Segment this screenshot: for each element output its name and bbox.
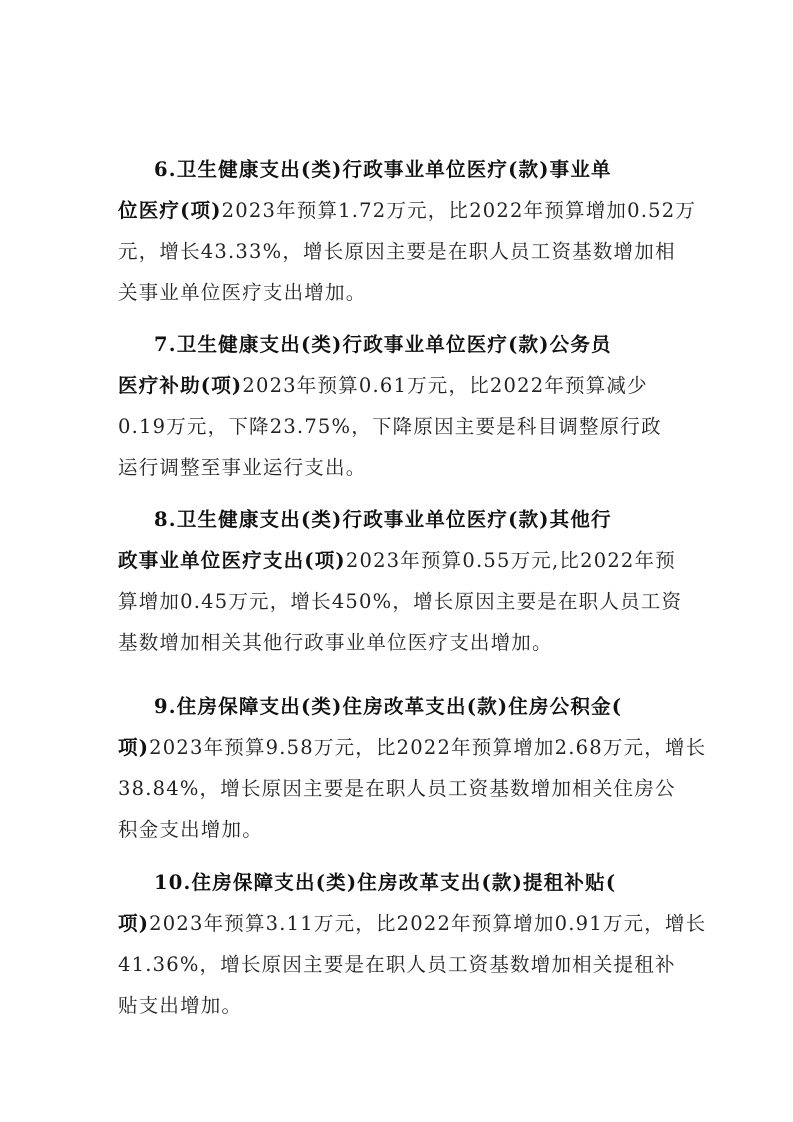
paragraph-text: 38.84%，增长原因主要是在职人员工资基数增加相关住房公 [118, 777, 676, 800]
document-page: 6.卫生健康支出(类)行政事业单位医疗(款)事业单 位医疗(项)2023年预算1… [0, 0, 793, 1122]
paragraph-heading: 8.卫生健康支出(类)行政事业单位医疗(款)其他行 [154, 508, 612, 531]
paragraph-line: 算增加0.45万元，增长450%，增长原因主要是在职人员工资 [118, 587, 682, 617]
paragraph-line: 9.住房保障支出(类)住房改革支出(款)住房公积金( [154, 692, 622, 722]
paragraph-text: 运行调整至事业运行支出。 [118, 456, 366, 479]
paragraph-text: 算增加0.45万元，增长450%，增长原因主要是在职人员工资 [118, 590, 682, 613]
paragraph-line: 基数增加相关其他行政事业单位医疗支出增加。 [118, 628, 553, 658]
paragraph-line: 政事业单位医疗支出(项)2023年预算0.55万元,比2022年预 [118, 546, 676, 576]
paragraph-text: 2023年预算9.58万元，比2022年预算增加2.68万元，增长 [149, 736, 706, 759]
paragraph-line: 41.36%，增长原因主要是在职人员工资基数增加相关提租补 [118, 950, 676, 980]
paragraph-line: 积金支出增加。 [118, 815, 263, 845]
paragraph-heading: 9.住房保障支出(类)住房改革支出(款)住房公积金( [154, 695, 622, 718]
paragraph-heading: 10.住房保障支出(类)住房改革支出(款)提租补贴( [154, 871, 616, 894]
paragraph-text: 贴支出增加。 [118, 994, 242, 1017]
paragraph-heading-cont: 项) [118, 736, 149, 759]
paragraph-heading-cont: 项) [118, 912, 149, 935]
paragraph-text: 2023年预算1.72万元，比2022年预算增加0.52万 [222, 199, 696, 222]
paragraph-text: 2023年预算3.11万元，比2022年预算增加0.91万元，增长 [149, 912, 706, 935]
paragraph-heading-cont: 医疗补助(项) [118, 374, 242, 397]
paragraph-text: 2023年预算0.61万元，比2022年预算减少 [242, 374, 647, 397]
paragraph-line: 8.卫生健康支出(类)行政事业单位医疗(款)其他行 [154, 505, 612, 535]
paragraph-line: 医疗补助(项)2023年预算0.61万元，比2022年预算减少 [118, 371, 648, 401]
paragraph-line: 贴支出增加。 [118, 991, 242, 1021]
paragraph-line: 10.住房保障支出(类)住房改革支出(款)提租补贴( [154, 868, 616, 898]
paragraph-line: 元，增长43.33%，增长原因主要是在职人员工资基数增加相 [118, 237, 676, 267]
paragraph-text: 元，增长43.33%，增长原因主要是在职人员工资基数增加相 [118, 240, 676, 263]
paragraph-line: 38.84%，增长原因主要是在职人员工资基数增加相关住房公 [118, 774, 676, 804]
paragraph-text: 2023年预算0.55万元,比2022年预 [346, 549, 676, 572]
paragraph-line: 项)2023年预算9.58万元，比2022年预算增加2.68万元，增长 [118, 733, 706, 763]
paragraph-line: 项)2023年预算3.11万元，比2022年预算增加0.91万元，增长 [118, 909, 706, 939]
paragraph-heading-cont: 政事业单位医疗支出(项) [118, 549, 346, 572]
paragraph-line: 0.19万元，下降23.75%，下降原因主要是科目调整原行政 [118, 412, 662, 442]
paragraph-heading: 7.卫生健康支出(类)行政事业单位医疗(款)公务员 [154, 333, 612, 356]
paragraph-text: 基数增加相关其他行政事业单位医疗支出增加。 [118, 631, 553, 654]
paragraph-line: 位医疗(项)2023年预算1.72万元，比2022年预算增加0.52万 [118, 196, 696, 226]
paragraph-heading-cont: 位医疗(项) [118, 199, 222, 222]
paragraph-text: 积金支出增加。 [118, 818, 263, 841]
paragraph-text: 关事业单位医疗支出增加。 [118, 281, 366, 304]
paragraph-text: 0.19万元，下降23.75%，下降原因主要是科目调整原行政 [118, 415, 662, 438]
paragraph-line: 6.卫生健康支出(类)行政事业单位医疗(款)事业单 [154, 155, 612, 185]
paragraph-line: 关事业单位医疗支出增加。 [118, 278, 366, 308]
paragraph-heading: 6.卫生健康支出(类)行政事业单位医疗(款)事业单 [154, 158, 612, 181]
paragraph-line: 运行调整至事业运行支出。 [118, 453, 366, 483]
paragraph-text: 41.36%，增长原因主要是在职人员工资基数增加相关提租补 [118, 953, 676, 976]
paragraph-line: 7.卫生健康支出(类)行政事业单位医疗(款)公务员 [154, 330, 612, 360]
